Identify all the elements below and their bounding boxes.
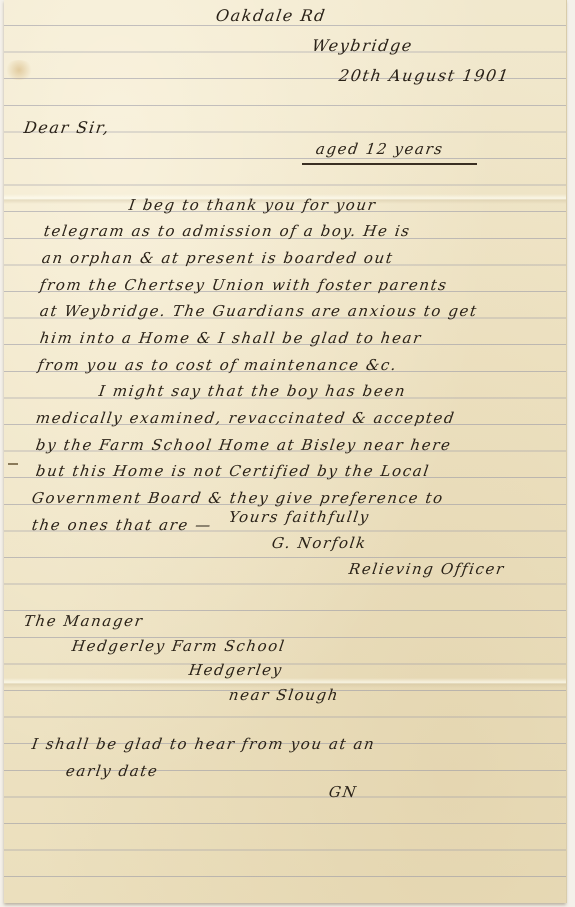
recipient-line-2: Hedgerley Farm School — [71, 637, 287, 655]
body-line: by the Farm School Home at Bisley near h… — [35, 436, 453, 454]
body-line: medically examined, revaccinated & accep… — [35, 409, 457, 427]
age-note-underline — [302, 163, 477, 165]
signature: G. Norfolk — [271, 534, 368, 552]
body-line: telegram as to admission of a boy. He is — [43, 222, 412, 240]
body-line: Government Board & they give preference … — [31, 489, 445, 507]
body-line: I might say that the boy has been — [98, 382, 408, 400]
body-line: the ones that are — — [31, 516, 213, 534]
address-line-2: Weybridge — [311, 36, 415, 55]
address-line-1: Oakdale Rd — [215, 6, 328, 25]
recipient-line-1: The Manager — [23, 612, 145, 630]
closing: Yours faithfully — [228, 508, 371, 526]
recipient-line-4: near Slough — [228, 686, 341, 704]
postscript-line: I shall be glad to hear from you at an — [31, 735, 377, 753]
body-line: from the Chertsey Union with foster pare… — [39, 276, 449, 294]
postscript-line: early date — [65, 762, 160, 780]
initials: GN — [328, 783, 359, 801]
age-note: aged 12 years — [315, 140, 445, 158]
body-line: from you as to cost of maintenance &c. — [37, 356, 399, 374]
letter-date: 20th August 1901 — [338, 66, 511, 85]
paper-tear — [8, 463, 18, 465]
body-line: him into a Home & I shall be glad to hea… — [39, 329, 423, 347]
letter-page: Oakdale Rd Weybridge 20th August 1901 De… — [4, 0, 566, 903]
signer-title: Relieving Officer — [348, 560, 506, 578]
body-line: I beg to thank you for your — [128, 196, 378, 214]
recipient-line-3: Hedgerley — [188, 661, 284, 679]
salutation: Dear Sir, — [23, 118, 112, 137]
body-line: but this Home is not Certified by the Lo… — [35, 462, 431, 480]
body-line: an orphan & at present is boarded out — [41, 249, 395, 267]
body-line: at Weybridge. The Guardians are anxious … — [39, 302, 479, 320]
paper-stain — [4, 60, 34, 80]
